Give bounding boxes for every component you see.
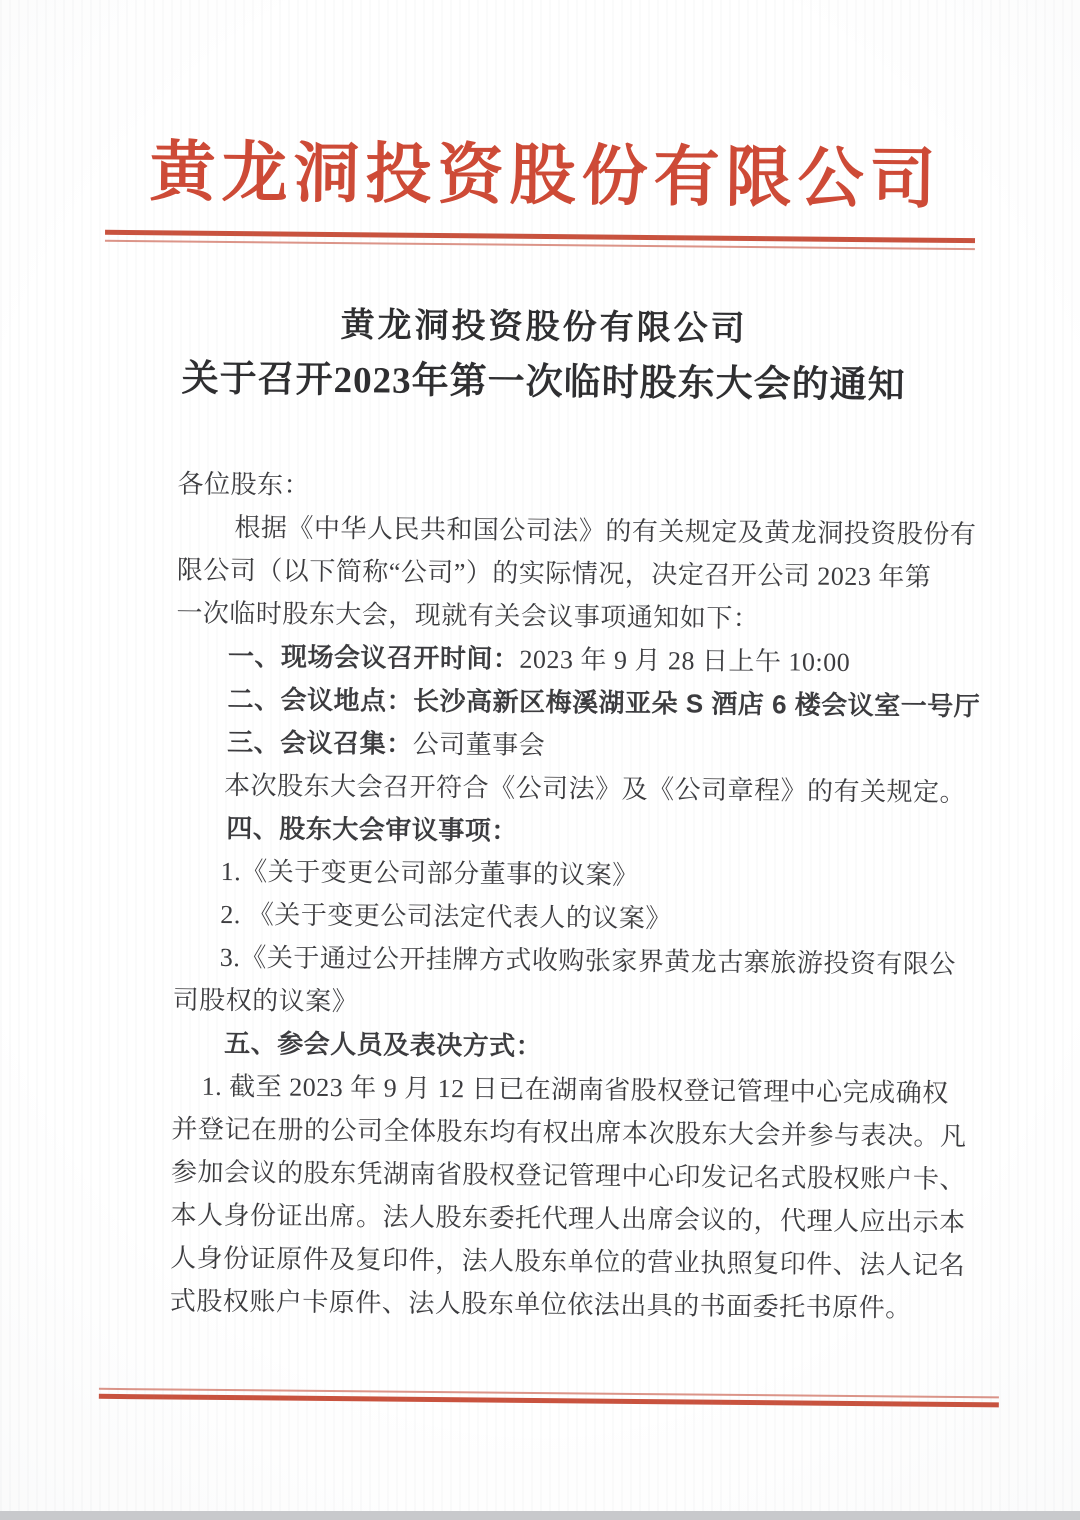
body-line: 3.《关于通过公开挂牌方式收购张家界黄龙古寨旅游投资有限公 (173, 935, 973, 986)
body-segment-bold: 二、会议地点：长沙高新区梅溪湖亚朵 S 酒店 6 楼会议室一号厅 (227, 684, 980, 721)
document-page: 黄龙洞投资股份有限公司 黄龙洞投资股份有限公司 关于召开2023年第一次临时股东… (0, 0, 1080, 1520)
body-segment: 司股权的议案》 (173, 985, 359, 1016)
body-line: 限公司（以下简称“公司”）的实际情况，决定召开公司 2023 年第 (177, 549, 977, 600)
body-segment: 限公司（以下简称“公司”）的实际情况，决定召开公司 2023 年第 (177, 556, 932, 592)
body-line: 三、会议召集：公司董事会 (175, 720, 975, 771)
body-segment: 各位股东： (177, 470, 310, 500)
body-segment: 本人身份证出席。法人股东委托代理人出席会议的，代理人应出示本 (170, 1200, 965, 1237)
body-line: 一次临时股东大会，现就有关会议事项通知如下： (176, 592, 976, 643)
body-segment: 公司董事会 (413, 730, 546, 760)
body-line: 人身份证原件及复印件，法人股东单位的营业执照复印件、法人记名 (170, 1236, 970, 1287)
body-segment-bold: 三、会议召集： (227, 727, 413, 759)
body-segment: 1. 截至 2023 年 9 月 12 日已在湖南省股权登记管理中心完成确权 (202, 1072, 949, 1108)
body-line: 五、参会人员及表决方式： (172, 1021, 972, 1072)
body-segment: 2023 年 9 月 28 日上午 10:00 (519, 645, 850, 677)
scanned-sheet: 黄龙洞投资股份有限公司 黄龙洞投资股份有限公司 关于召开2023年第一次临时股东… (0, 0, 1080, 1520)
letterhead-divider (105, 230, 975, 250)
body-line: 一、现场会议召开时间：2023 年 9 月 28 日上午 10:00 (176, 635, 976, 686)
body-segment-bold: 五、参会人员及表决方式： (224, 1028, 542, 1061)
body-line: 2. 《关于变更公司法定代表人的议案》 (173, 892, 973, 943)
body-segment: 根据《中华人民共和国公司法》的有关规定及黄龙洞投资股份有 (234, 513, 976, 549)
body-line: 并登记在册的公司全体股东均有权出席本次股东大会并参与表决。凡 (171, 1107, 971, 1158)
body-line: 参加会议的股东凭湖南省股权登记管理中心印发记名式股权账户卡、 (171, 1150, 971, 1201)
body-segment: 3.《关于通过公开挂牌方式收购张家界黄龙古寨旅游投资有限公 (220, 943, 956, 979)
photo-bottom-edge (0, 1511, 1080, 1520)
body-line: 1. 截至 2023 年 9 月 12 日已在湖南省股权登记管理中心完成确权 (172, 1064, 972, 1115)
body-segment: 人身份证原件及复印件，法人股东单位的营业执照复印件、法人记名 (170, 1243, 965, 1280)
document-title-subject: 关于召开2023年第一次临时股东大会的通知 (3, 346, 1080, 410)
body-line: 司股权的议案》 (172, 978, 972, 1029)
body-segment: 2. 《关于变更公司法定代表人的议案》 (220, 900, 672, 933)
body-line: 本人身份证出席。法人股东委托代理人出席会议的，代理人应出示本 (170, 1193, 970, 1244)
body-segment: 并登记在册的公司全体股东均有权出席本次股东大会并参与表决。凡 (171, 1114, 966, 1151)
body-line: 本次股东大会召开符合《公司法》及《公司章程》的有关规定。 (175, 763, 975, 814)
letterhead-company-name: 黄龙洞投资股份有限公司 (5, 117, 1080, 222)
body-segment: 1.《关于变更公司部分董事的议案》 (221, 857, 639, 890)
body-line: 二、会议地点：长沙高新区梅溪湖亚朵 S 酒店 6 楼会议室一号厅 (175, 677, 975, 728)
document-title-company: 黄龙洞投资股份有限公司 (4, 294, 1080, 353)
body-line: 各位股东： (177, 463, 977, 514)
body-line: 四、股东大会审议事项： (174, 806, 974, 857)
body-segment: 一次临时股东大会，现就有关会议事项通知如下： (176, 599, 759, 634)
document-body: 各位股东：根据《中华人民共和国公司法》的有关规定及黄龙洞投资股份有限公司（以下简… (170, 463, 978, 1331)
body-segment-bold: 四、股东大会审议事项： (226, 813, 518, 846)
body-segment-bold: 一、现场会议召开时间： (228, 641, 520, 674)
footer-divider (99, 1388, 999, 1408)
body-segment: 参加会议的股东凭湖南省股权登记管理中心印发记名式股权账户卡、 (171, 1157, 966, 1194)
body-segment: 本次股东大会召开符合《公司法》及《公司章程》的有关规定。 (224, 771, 966, 807)
body-line: 1.《关于变更公司部分董事的议案》 (174, 849, 974, 900)
body-line: 根据《中华人民共和国公司法》的有关规定及黄龙洞投资股份有 (177, 506, 977, 557)
body-segment: 式股权账户卡原件、法人股东单位依法出具的书面委托书原件。 (170, 1286, 912, 1322)
body-line: 式股权账户卡原件、法人股东单位依法出具的书面委托书原件。 (170, 1279, 970, 1330)
